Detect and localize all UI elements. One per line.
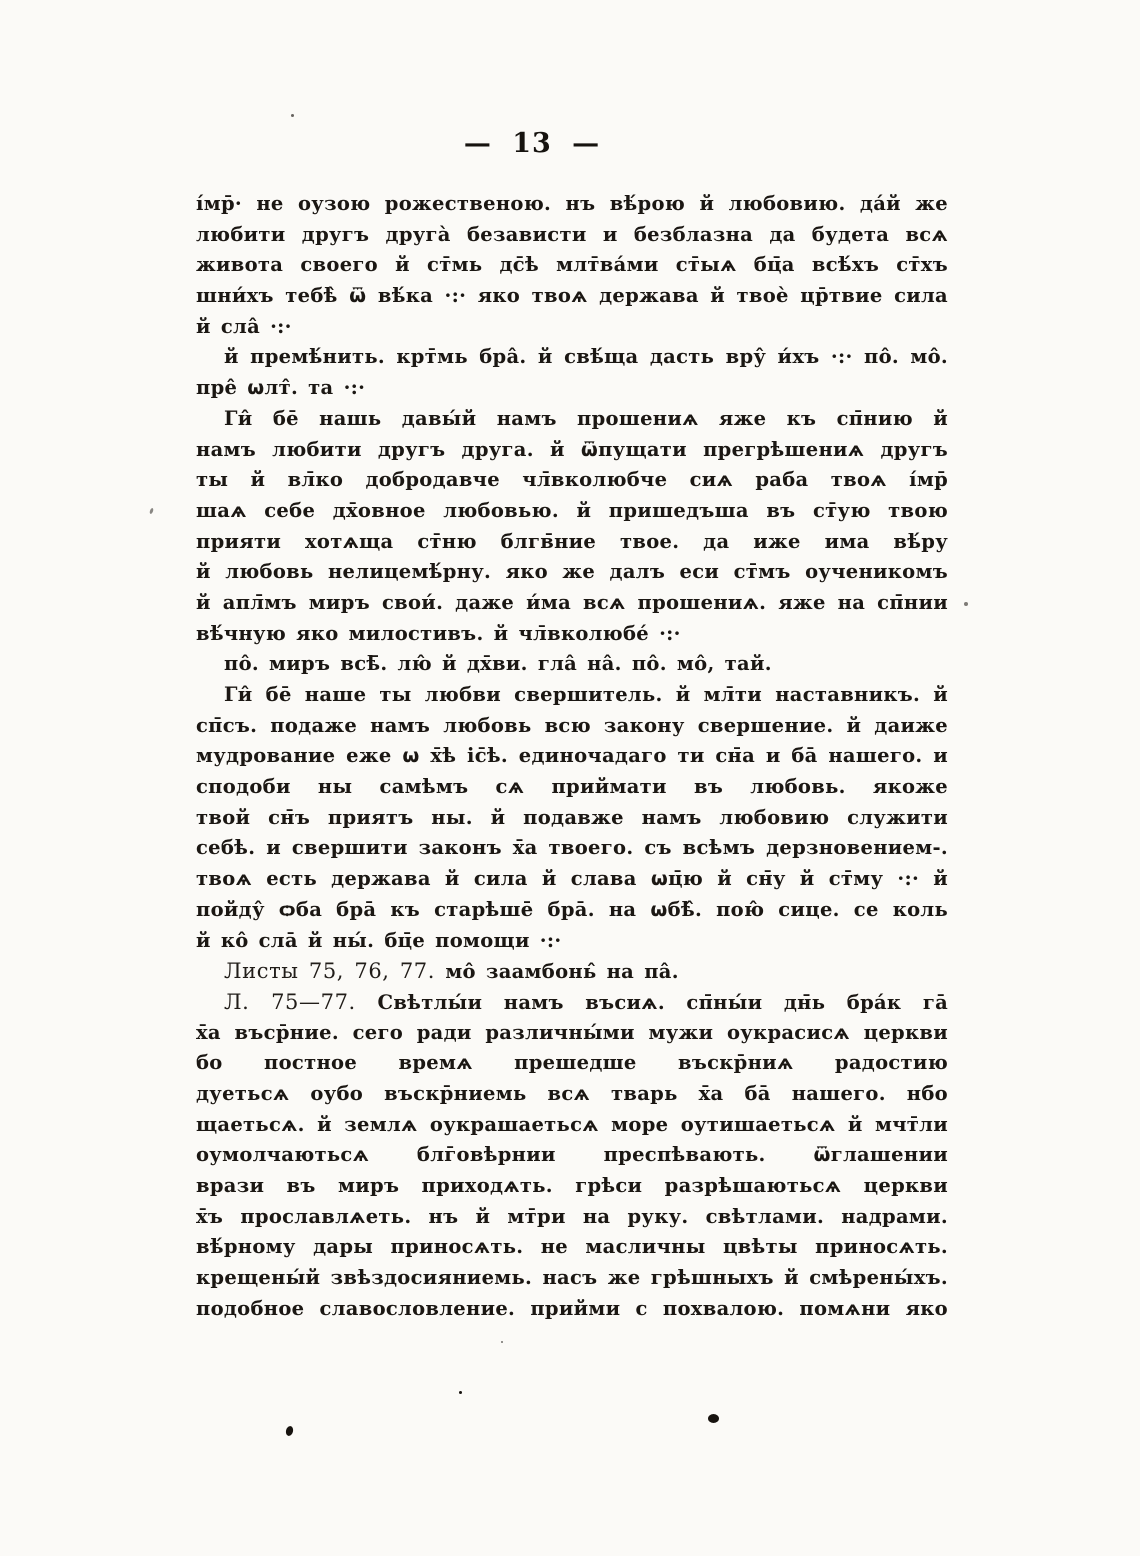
text-line: вѣ́рному дары приносѧть. не масличны цвѣ… — [196, 1232, 948, 1263]
civil-type-text: Листы 75, 76, 77. — [224, 959, 445, 983]
text-line: щаетьсѧ. й землѧ оукрашаетьсѧ море оутиш… — [196, 1110, 948, 1141]
ink-speck — [459, 1391, 462, 1394]
text-line: Л. 75—77. Свѣтлы́и намъ въсиѧ. сп̄ны́и д… — [196, 987, 948, 1018]
text-line: врази въ миръ приходѧть. грѣси разрѣшают… — [196, 1171, 948, 1202]
church-slavonic-text: мо̂ заамбонь̂ на па̂. — [445, 960, 679, 983]
text-line: і́мр̄· не оузою рожественою. нъ вѣ́рою й… — [196, 189, 948, 220]
civil-type-text: Л. 75—77. — [224, 990, 378, 1014]
scanned-book-page: — 13 — і́мр̄· не оузою рожественою. нъ в… — [0, 0, 1140, 1556]
text-line: мудрование еже ѡ х̄ѣ іс̄ѣ. единочадаго т… — [196, 741, 948, 772]
text-line: дуетьсѧ оубо въскр̄ниемь всѧ тварь х̄а б… — [196, 1079, 948, 1110]
text-line: й сла̂ ·:· — [196, 312, 948, 343]
text-line: вѣ́чную яко милостивъ. й чл̄вколюбе́ ·:· — [196, 619, 948, 650]
ink-speck — [708, 1414, 719, 1423]
text-line: живота своего й ст̄мь дс̄ѣ млт̄ва́ми ст̄… — [196, 250, 948, 281]
page-number: — 13 — — [156, 128, 908, 159]
text-line: шни́хъ тебѣ̀ ѿ вѣ́ка ·:· яко твоѧ держав… — [196, 281, 948, 312]
text-line: Ги̂ бе̄ нашь давы́й намъ прошениѧ яже къ… — [196, 404, 948, 435]
text-line: оумолчаютьсѧ блг̄овѣрнии преспѣвають. ѿг… — [196, 1140, 948, 1171]
text-line: любити другъ друга̀ безависти и безблазн… — [196, 220, 948, 251]
text-line: сподоби ны самѣмъ сѧ приймати въ любовь.… — [196, 772, 948, 803]
text-line: твой сн̄ъ приятъ ны. й подавже намъ любо… — [196, 803, 948, 834]
text-line: сп̄съ. подаже намъ любовь всю закону све… — [196, 711, 948, 742]
text-line: пре̂ ѡлт̂. та ·:· — [196, 373, 948, 404]
ink-speck — [501, 1341, 503, 1343]
text-line: подобное славословление. прийми с похвал… — [196, 1294, 948, 1325]
text-line: себѣ. и свершити законъ х̄а твоего. съ в… — [196, 833, 948, 864]
page-number-text: — 13 — — [464, 128, 600, 159]
text-line: й любовь нелицемѣ́рну. яко же далъ еси с… — [196, 557, 948, 588]
text-line: шаѧ себе дх̄овное любовью. й пришедъша в… — [196, 496, 948, 527]
text-line: х̄ъ прославлѧеть. нъ й мт̄ри на руку. св… — [196, 1202, 948, 1233]
text-line: х̄а въср̄ние. сего ради различны́ми мужи… — [196, 1018, 948, 1049]
text-block: і́мр̄· не оузою рожественою. нъ вѣ́рою й… — [196, 189, 948, 1324]
text-line: бо постное времѧ прешедше въскр̄ниѧ радо… — [196, 1048, 948, 1079]
ink-speck — [149, 508, 154, 515]
text-line: крещены́й звѣздосияниемь. насъ же грѣшны… — [196, 1263, 948, 1294]
text-line: й премѣ́нить. крт̄мь бра̂. й свѣ́ща даст… — [196, 342, 948, 373]
text-line: й апл̄мъ миръ свои́. даже и́ма всѧ проше… — [196, 588, 948, 619]
text-line: прияти хотѧща ст̄ню блгв̄ние твое. да иж… — [196, 527, 948, 558]
text-line: по̂. миръ всѣ̄. лю̂ й дх̄ви. гла̂ на̂. п… — [196, 649, 948, 680]
ink-speck — [285, 1425, 294, 1436]
text-line: твоѧ есть держава й сила й слава ѡц̄ю й … — [196, 864, 948, 895]
text-line: пойду̂ ѻба бра̄ къ старѣше̄ бра̄. на ѡбѣ… — [196, 895, 948, 926]
text-line: намъ любити другъ друга. й ѿпущати прегр… — [196, 435, 948, 466]
ink-speck — [964, 602, 968, 606]
text-line: й ко̂ сла̄ й ны́. бц̄е помощи ·:· — [196, 926, 948, 957]
ink-speck — [291, 114, 294, 117]
text-line: Листы 75, 76, 77. мо̂ заамбонь̂ на па̂. — [196, 956, 948, 987]
text-line: Ги̂ бе̄ наше ты любви свершитель. й мл̄т… — [196, 680, 948, 711]
text-line: ты й вл̄ко добродавче чл̄вколюбче сиѧ ра… — [196, 465, 948, 496]
